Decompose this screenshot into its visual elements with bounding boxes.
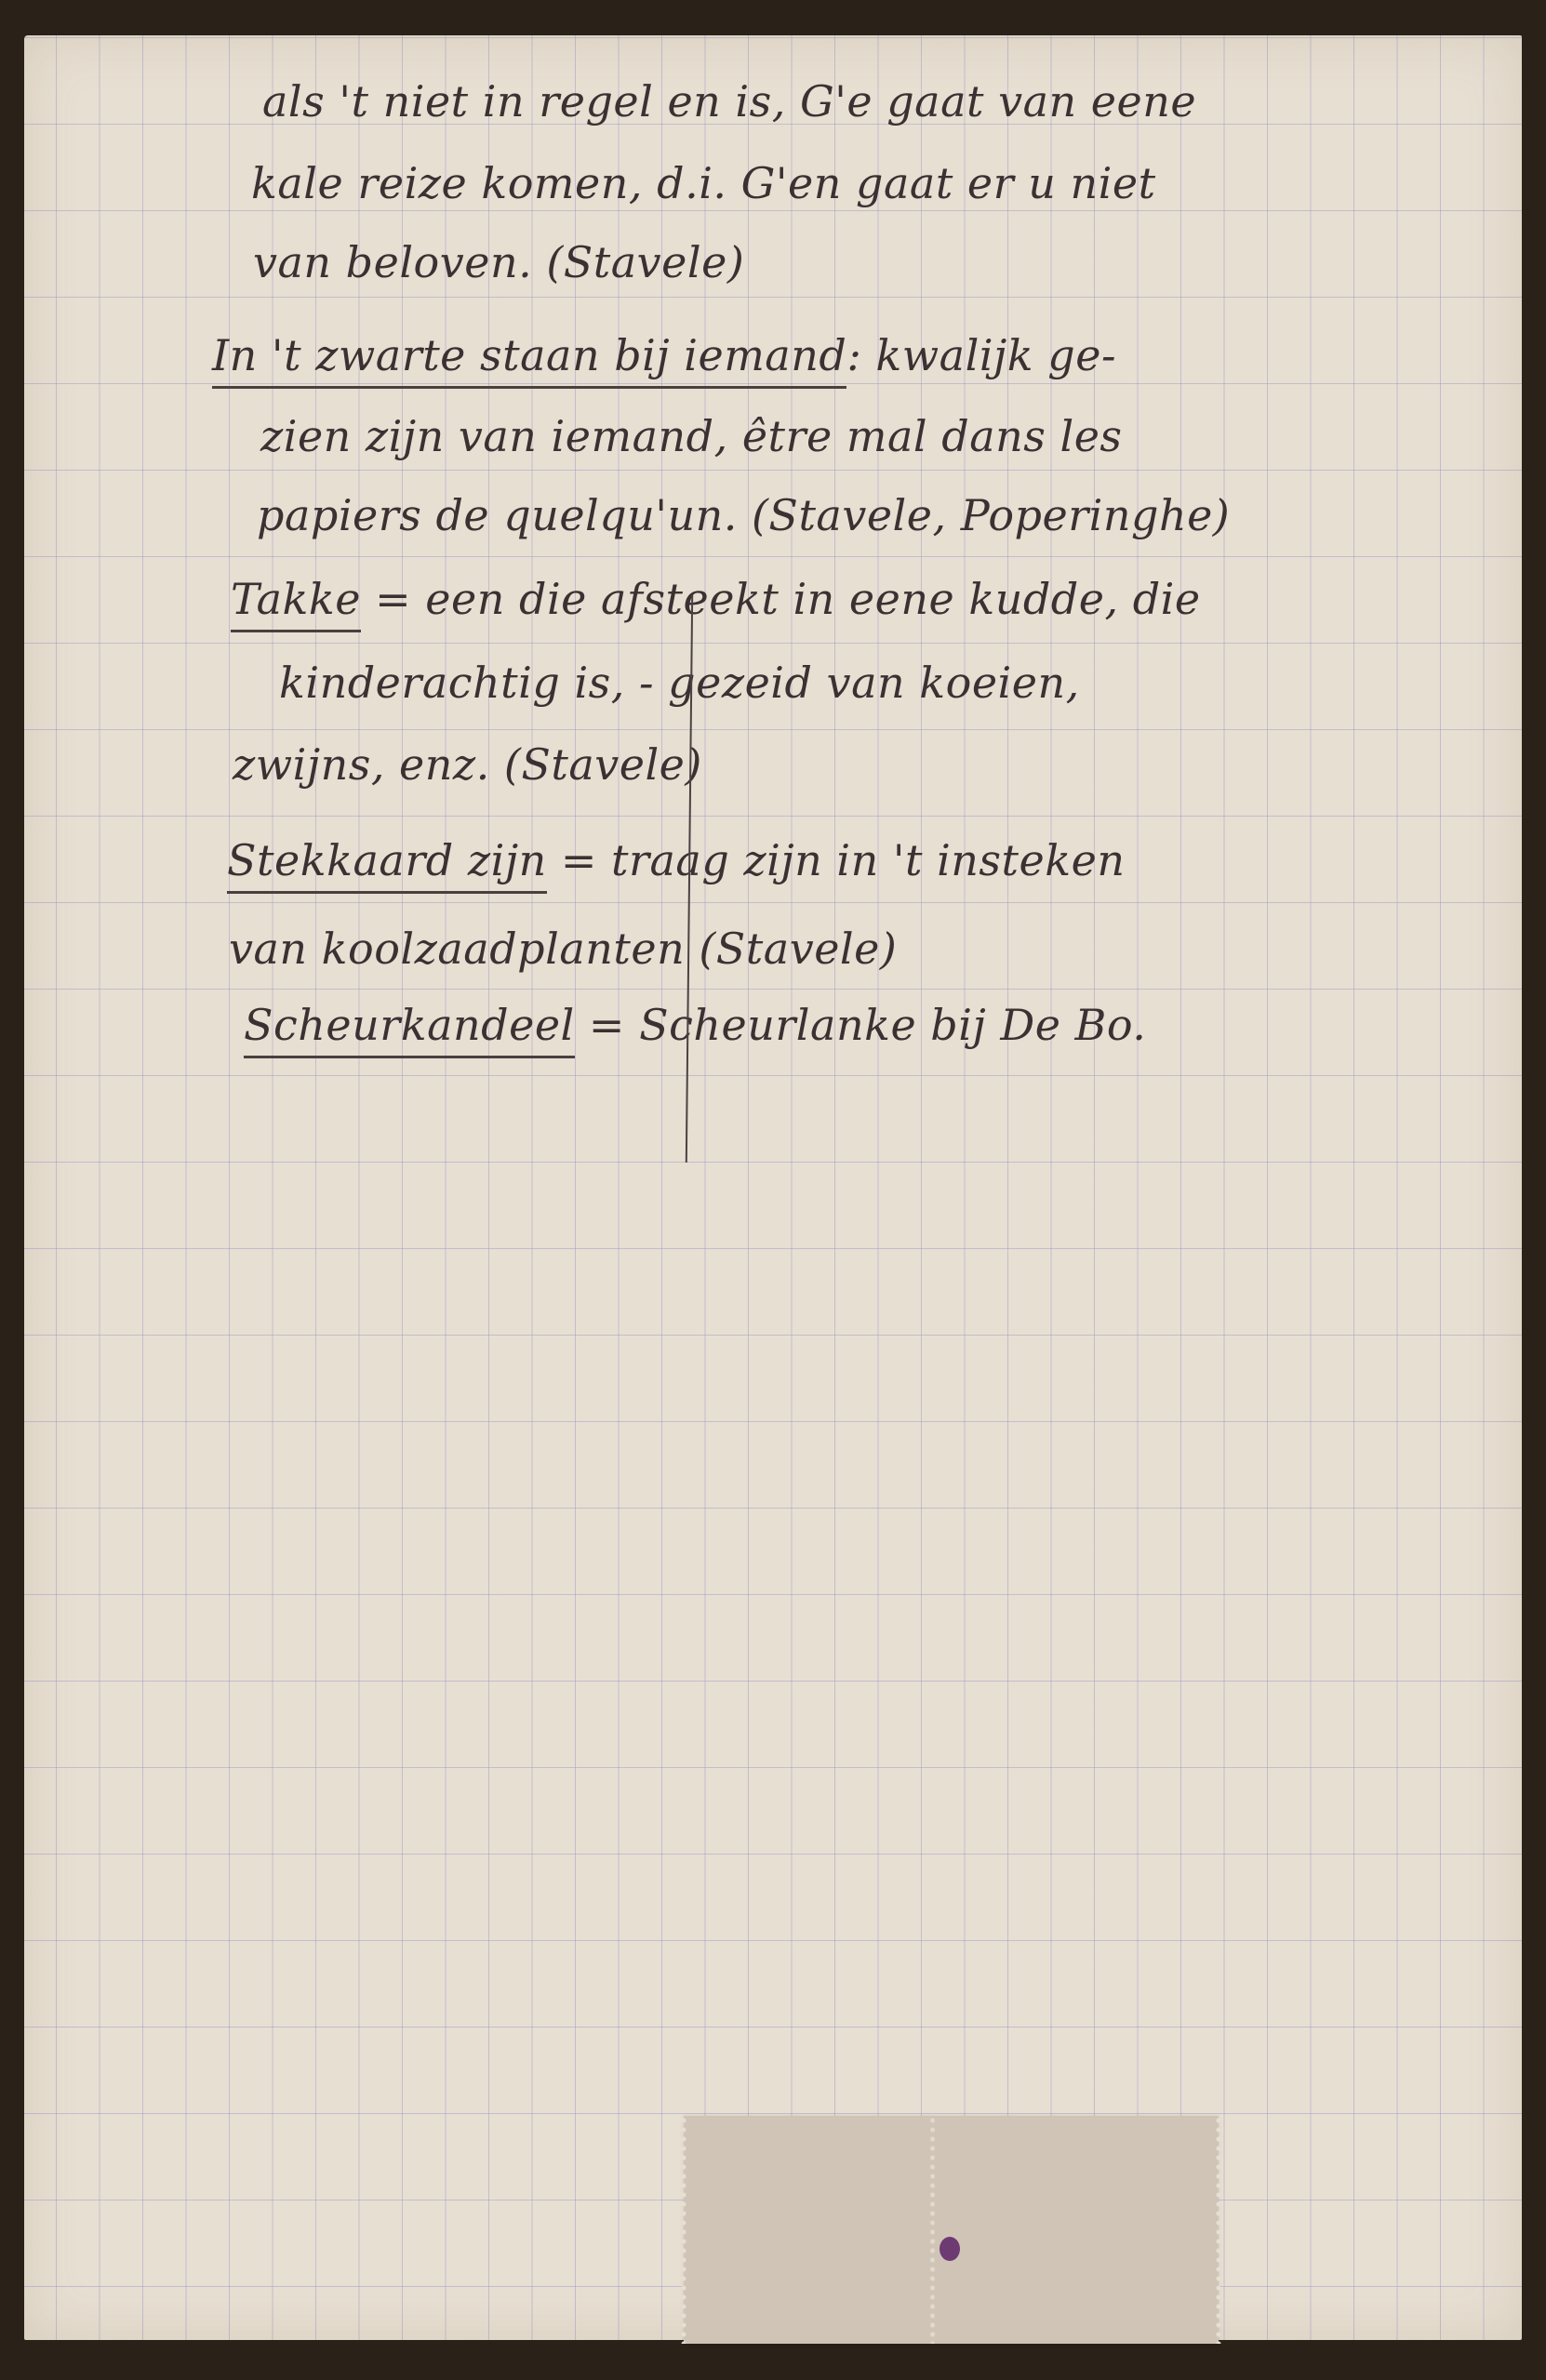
- definition: = traag zijn in 't insteken: [547, 835, 1126, 885]
- headword: In 't zwarte staan bij iemand: [212, 330, 846, 389]
- text-line-9: zwijns, enz. (Stavele): [233, 739, 702, 790]
- entry-scheurkandeel: Scheurkandeel = Scheurlanke bij De Bo.: [244, 1000, 1146, 1050]
- line-text: papiers de quelqu'un. (Stavele, Popering…: [257, 490, 1230, 540]
- text-line-8: kinderachtig is, - gezeid van koeien,: [279, 658, 1080, 708]
- text-line-1: als 't niet in regel en is, G'e gaat van…: [262, 76, 1196, 126]
- headword: Stekkaard zijn: [227, 835, 547, 894]
- line-text: kale reize komen, d.i. G'en gaat er u ni…: [251, 158, 1156, 208]
- text-line-3: van beloven. (Stavele): [253, 237, 744, 287]
- entry-in-t-zwarte-staan: In 't zwarte staan bij iemand: kwalijk g…: [212, 330, 1116, 380]
- text-line-5: zien zijn van iemand, être mal dans les: [260, 411, 1123, 461]
- stamp-perforation: [930, 2116, 935, 2344]
- headword: Scheurkandeel: [244, 1000, 575, 1058]
- line-text: kinderachtig is, - gezeid van koeien,: [279, 658, 1080, 708]
- definition: : kwalijk ge-: [846, 330, 1116, 380]
- text-line-2: kale reize komen, d.i. G'en gaat er u ni…: [251, 158, 1156, 208]
- line-text: als 't niet in regel en is, G'e gaat van…: [262, 76, 1196, 126]
- line-text: van beloven. (Stavele): [253, 237, 744, 287]
- stamp-backs: [684, 2116, 1219, 2344]
- punch-hole-icon: [940, 2237, 960, 2261]
- text-line-6: papiers de quelqu'un. (Stavele, Popering…: [257, 490, 1230, 540]
- entry-takke: Takke = een die afsteekt in eene kudde, …: [231, 574, 1201, 624]
- headword: Takke: [231, 574, 361, 632]
- definition: = een die afsteekt in eene kudde, die: [361, 574, 1201, 624]
- definition: = Scheurlanke bij De Bo.: [575, 1000, 1147, 1050]
- line-text: van koolzaadplanten (Stavele): [229, 924, 897, 974]
- entry-stekkaard-zijn: Stekkaard zijn = traag zijn in 't instek…: [227, 835, 1125, 885]
- line-text: zwijns, enz. (Stavele): [233, 739, 702, 790]
- text-line-11: van koolzaadplanten (Stavele): [229, 924, 897, 974]
- line-text: zien zijn van iemand, être mal dans les: [260, 411, 1123, 461]
